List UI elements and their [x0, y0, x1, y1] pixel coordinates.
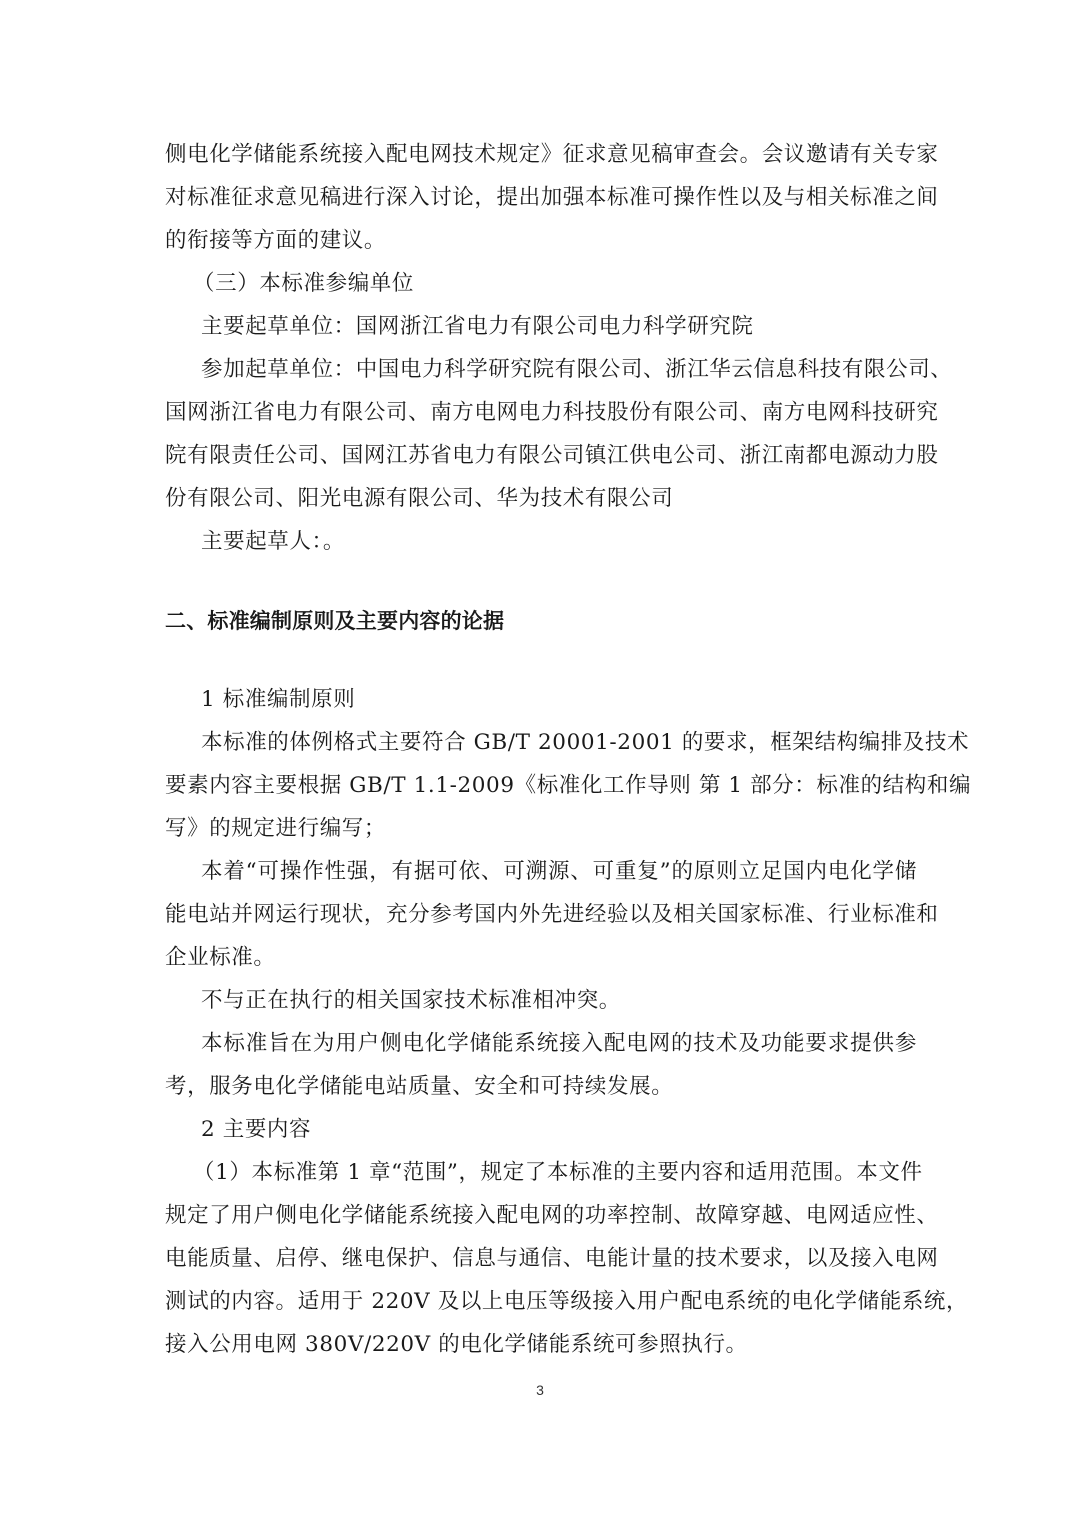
text-line: （1）本标准第 1 章“范围”，规定了本标准的主要内容和适用范围。本文件: [165, 1151, 917, 1194]
paragraph-no-conflict: 不与正在执行的相关国家技术标准相冲突。: [165, 979, 917, 1022]
text-line: 企业标准。: [165, 936, 917, 979]
text-line: 份有限公司、阳光电源有限公司、华为技术有限公司: [165, 477, 917, 520]
text-line: 规定了用户侧电化学储能系统接入配电网的功率控制、故障穿越、电网适应性、: [165, 1194, 917, 1237]
text-line: 要素内容主要根据 GB/T 1.1-2009《标准化工作导则 第 1 部分：标准…: [165, 764, 917, 807]
text-line: 能电站并网运行现状，充分参考国内外先进经验以及相关国家标准、行业标准和: [165, 893, 917, 936]
text-line: 写》的规定进行编写；: [165, 807, 917, 850]
paragraph-purpose: 本标准旨在为用户侧电化学储能系统接入配电网的技术及功能要求提供参 考，服务电化学…: [165, 1022, 917, 1108]
page-number: 3: [0, 1382, 1080, 1398]
participating-units-paragraph: 参加起草单位：中国电力科学研究院有限公司、浙江华云信息科技有限公司、 国网浙江省…: [165, 348, 917, 520]
document-page: 侧电化学储能系统接入配电网技术规定》征求意见稿审查会。会议邀请有关专家 对标准征…: [165, 133, 917, 1366]
text-line: 本着“可操作性强，有据可依、可溯源、可重复”的原则立足国内电化学储: [165, 850, 917, 893]
text-line: 侧电化学储能系统接入配电网技术规定》征求意见稿审查会。会议邀请有关专家: [165, 133, 917, 176]
section-title-participating-units: （三）本标准参编单位: [165, 262, 917, 305]
subsection-title-principles: 1 标准编制原则: [165, 678, 917, 721]
paragraph-meeting-review: 侧电化学储能系统接入配电网技术规定》征求意见稿审查会。会议邀请有关专家 对标准征…: [165, 133, 917, 262]
chapter-heading: 二、标准编制原则及主要内容的论据: [165, 600, 917, 643]
text-line: 国网浙江省电力有限公司、南方电网电力科技股份有限公司、南方电网科技研究: [165, 391, 917, 434]
text-line: 电能质量、启停、继电保护、信息与通信、电能计量的技术要求，以及接入电网: [165, 1237, 917, 1280]
paragraph-principle: 本着“可操作性强，有据可依、可溯源、可重复”的原则立足国内电化学储 能电站并网运…: [165, 850, 917, 979]
text-line: 不与正在执行的相关国家技术标准相冲突。: [165, 979, 917, 1022]
text-line: 参加起草单位：中国电力科学研究院有限公司、浙江华云信息科技有限公司、: [165, 348, 917, 391]
text-line: 本标准的体例格式主要符合 GB/T 20001-2001 的要求，框架结构编排及…: [165, 721, 917, 764]
text-line: 院有限责任公司、国网江苏省电力有限公司镇江供电公司、浙江南都电源动力股: [165, 434, 917, 477]
spacer: [165, 643, 917, 678]
text-line: 考，服务电化学储能电站质量、安全和可持续发展。: [165, 1065, 917, 1108]
main-drafters: 主要起草人：。: [165, 520, 917, 563]
text-line: 接入公用电网 380V/220V 的电化学储能系统可参照执行。: [165, 1323, 917, 1366]
text-line: 的衔接等方面的建议。: [165, 219, 917, 262]
spacer: [165, 563, 917, 600]
text-line: 对标准征求意见稿进行深入讨论，提出加强本标准可操作性以及与相关标准之间: [165, 176, 917, 219]
text-line: 本标准旨在为用户侧电化学储能系统接入配电网的技术及功能要求提供参: [165, 1022, 917, 1065]
paragraph-format: 本标准的体例格式主要符合 GB/T 20001-2001 的要求，框架结构编排及…: [165, 721, 917, 850]
subsection-title-main-content: 2 主要内容: [165, 1108, 917, 1151]
main-drafter-unit: 主要起草单位：国网浙江省电力有限公司电力科学研究院: [165, 305, 917, 348]
text-line: 测试的内容。适用于 220V 及以上电压等级接入用户配电系统的电化学储能系统，: [165, 1280, 917, 1323]
paragraph-scope: （1）本标准第 1 章“范围”，规定了本标准的主要内容和适用范围。本文件 规定了…: [165, 1151, 917, 1366]
